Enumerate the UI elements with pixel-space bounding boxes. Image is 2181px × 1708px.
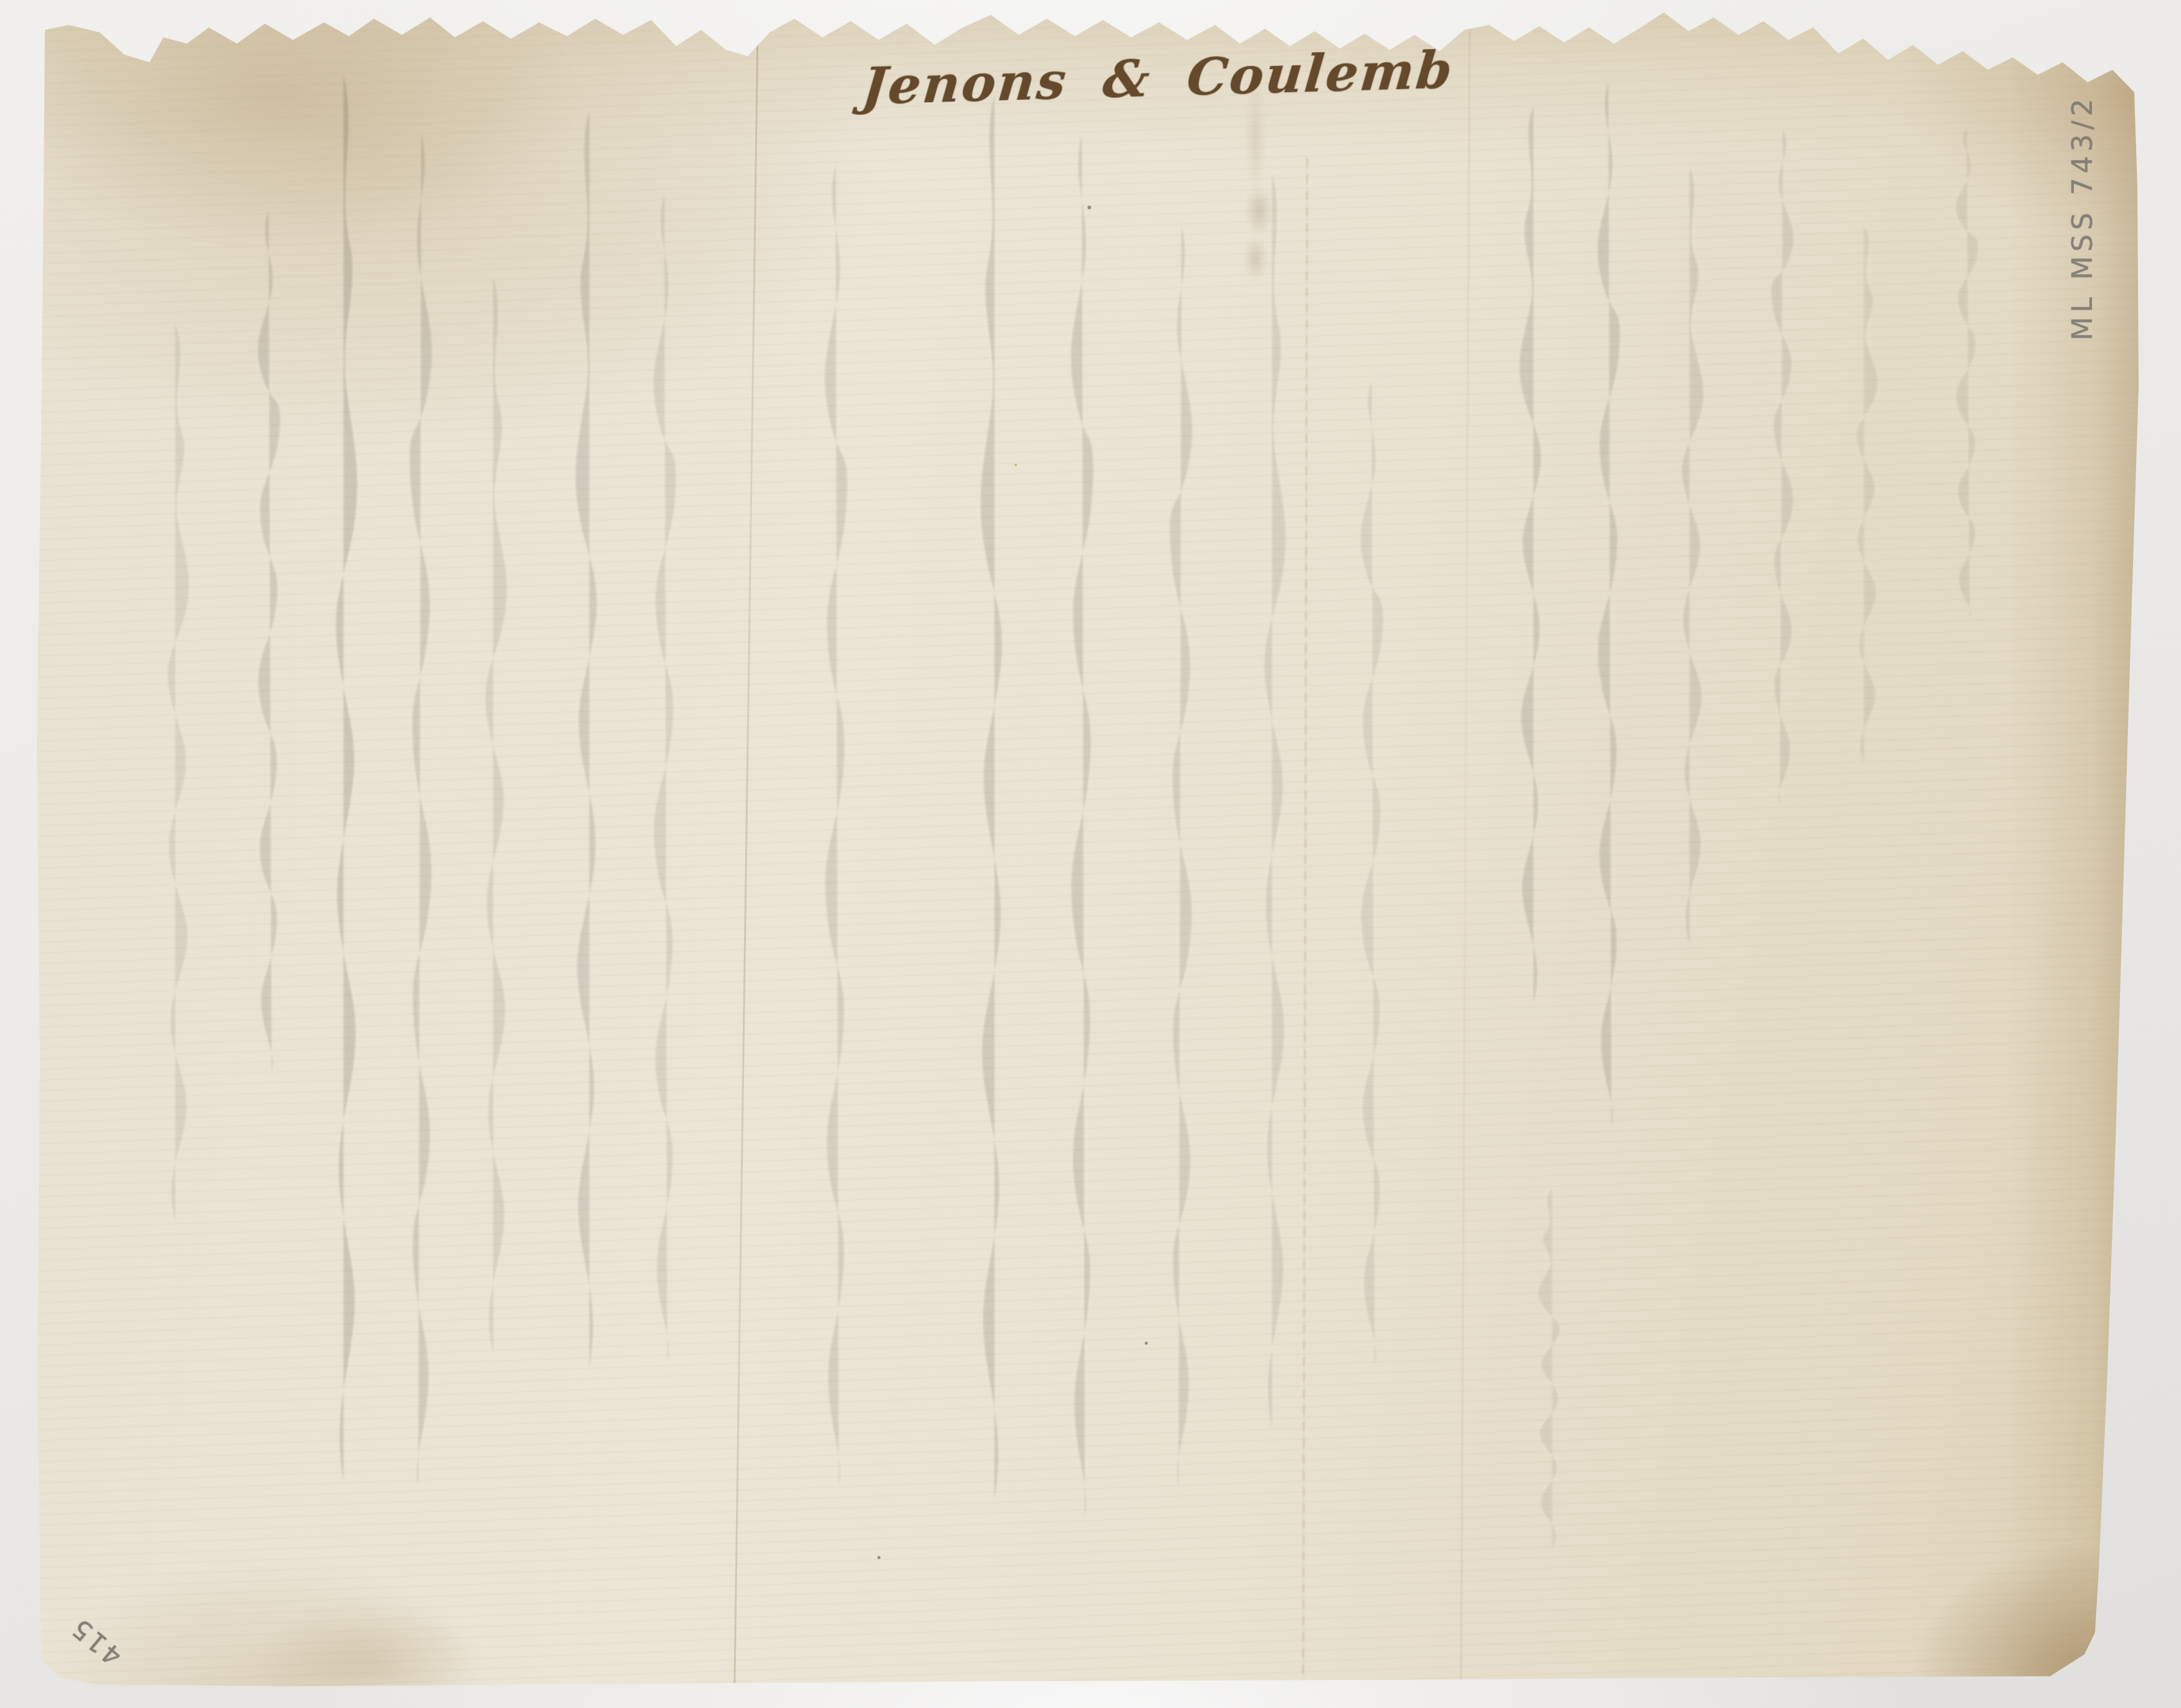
ink-showthrough-column bbox=[1508, 93, 1553, 1028]
paper-speck bbox=[1145, 1342, 1148, 1345]
ink-showthrough-column bbox=[1253, 156, 1297, 1464]
ink-showthrough-column bbox=[1059, 125, 1104, 1527]
ink-showthrough-column bbox=[324, 56, 369, 1520]
ink-showthrough-column bbox=[474, 262, 518, 1383]
ink-showthrough-column bbox=[1944, 125, 1989, 623]
photo-backdrop: Jenons & Coulemb ML MSS 743/2 415 bbox=[0, 0, 2181, 1708]
ink-showthrough-column bbox=[969, 75, 1014, 1539]
ink-showthrough-column bbox=[1760, 125, 1805, 810]
ink-showthrough-column bbox=[1527, 1184, 1572, 1558]
ink-showthrough-column bbox=[813, 156, 858, 1496]
ink-showthrough-column bbox=[642, 187, 687, 1371]
ink-showthrough-column bbox=[1670, 156, 1715, 966]
ink-showthrough-column bbox=[1349, 374, 1394, 1371]
ink-showthrough-column bbox=[1845, 218, 1889, 779]
pencil-catalog-number: ML MSS 743/2 bbox=[2067, 68, 2103, 367]
ink-showthrough-layer bbox=[36, 9, 2139, 1688]
ink-showthrough-column bbox=[399, 125, 444, 1496]
ink-showthrough-column bbox=[156, 312, 201, 1246]
paper-speck bbox=[1014, 464, 1017, 466]
paper-speck bbox=[1087, 206, 1091, 209]
paper-speck bbox=[877, 1556, 881, 1559]
manuscript-paper-verso: Jenons & Coulemb ML MSS 743/2 415 bbox=[36, 9, 2139, 1688]
ink-showthrough-column bbox=[1159, 218, 1204, 1496]
ink-showthrough-column bbox=[564, 93, 609, 1402]
pencil-catalog-text: ML MSS 743/2 bbox=[2067, 94, 2099, 340]
ink-showthrough-column bbox=[1586, 75, 1631, 1134]
ink-showthrough-column bbox=[246, 206, 291, 1078]
